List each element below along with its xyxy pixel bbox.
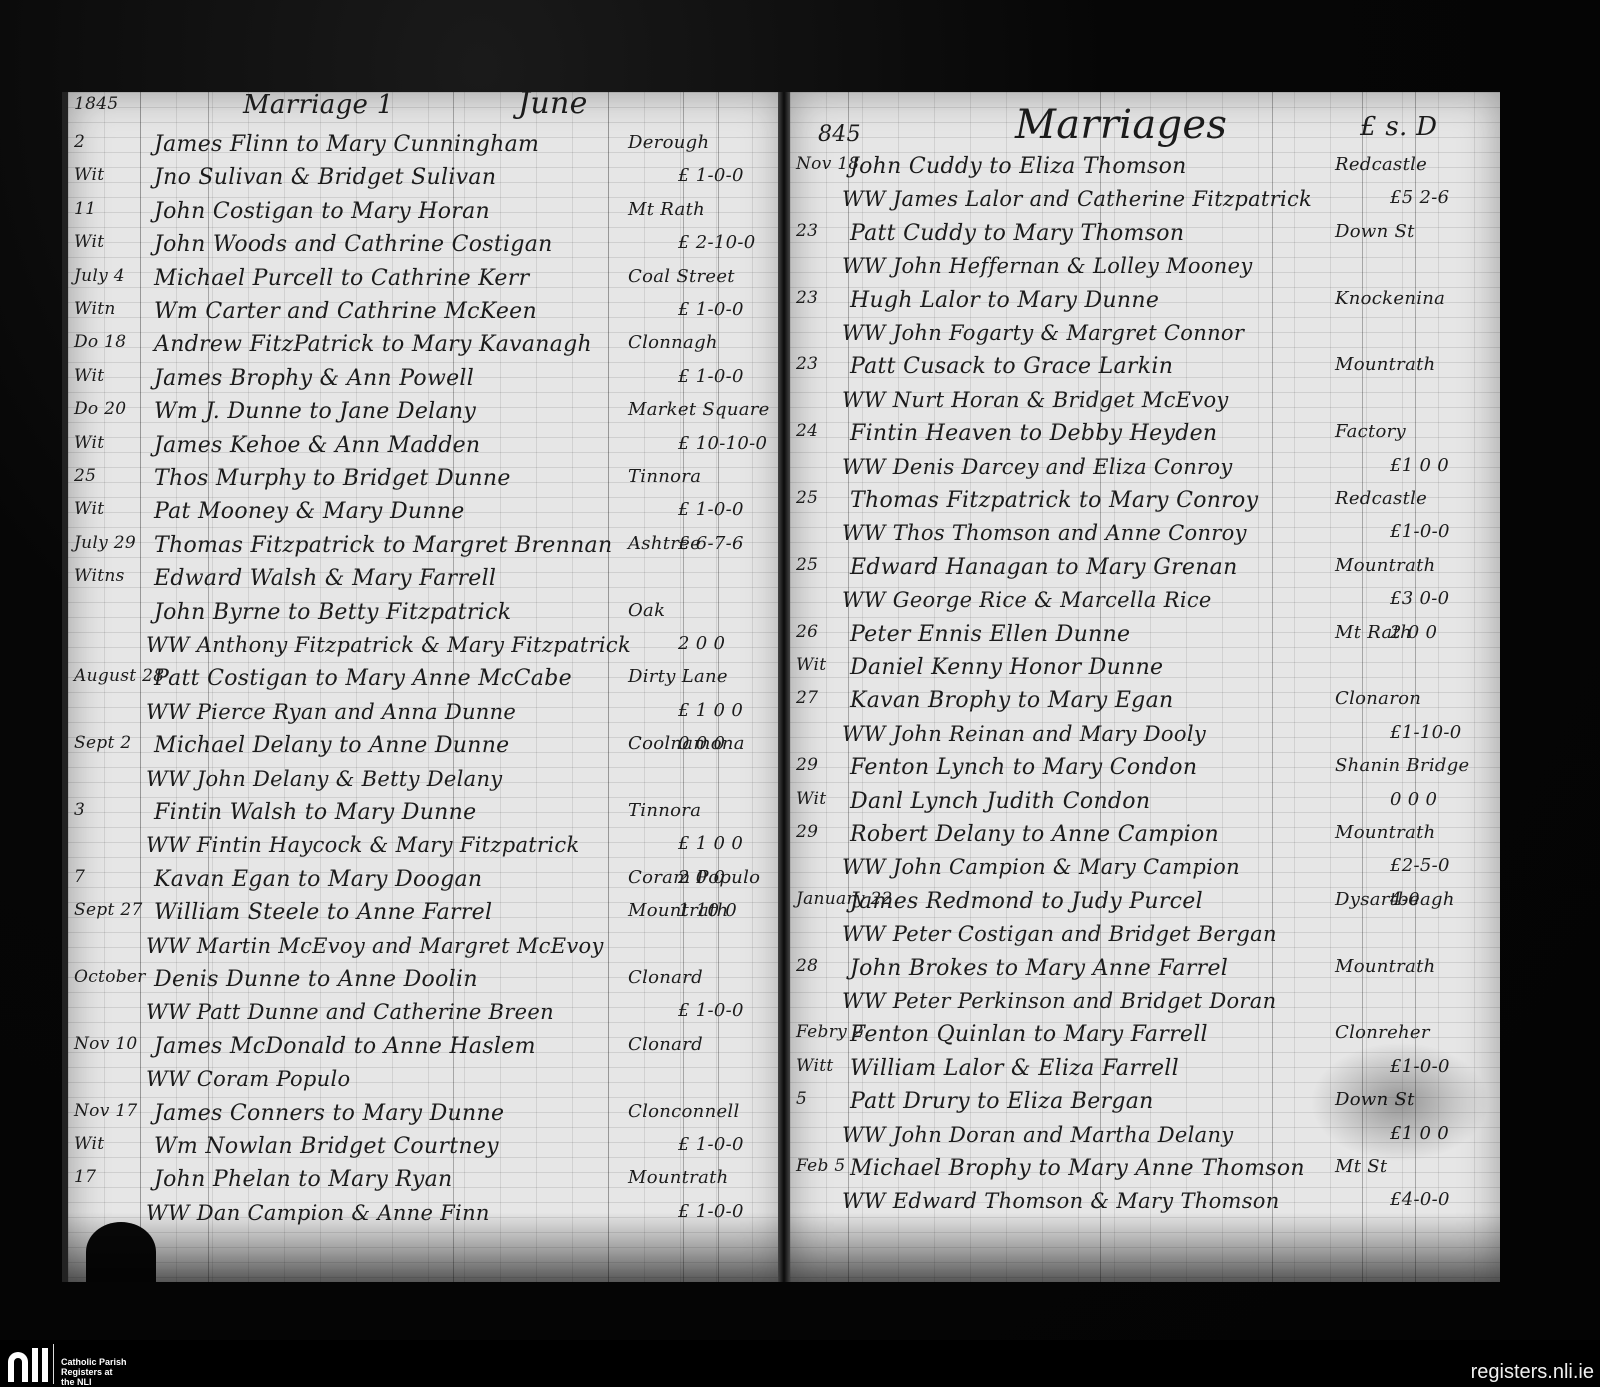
entry-names: Danl Lynch Judith Condon (850, 789, 1150, 814)
entry-names: Fenton Quinlan to Mary Farrell (850, 1022, 1208, 1047)
entry-place: Mountrath (1335, 354, 1436, 375)
entry-names: James Brophy & Ann Powell (154, 366, 474, 391)
entry-date: Wit (74, 499, 104, 519)
entry-witnesses: WW George Rice & Marcella Rice (842, 588, 1212, 612)
entry-fee: 0 0 0 (1390, 789, 1437, 810)
entry-place: Tinnora (628, 800, 701, 821)
right-header-title: Marriages (1015, 102, 1227, 148)
entry-witnesses: WW John Reinan and Mary Dooly (842, 722, 1206, 746)
entry-fee: £ 1 0 0 (678, 700, 743, 721)
entry-names: William Lalor & Eliza Farrell (850, 1056, 1179, 1081)
right-header-currency: £ s. D (1360, 112, 1437, 142)
entry-place: Coal Street (628, 266, 735, 287)
entry-witnesses: WW John Doran and Martha Delany (842, 1123, 1233, 1147)
entry-witnesses: WW Denis Darcey and Eliza Conroy (842, 455, 1233, 479)
entry-place: Oak (628, 600, 665, 621)
entry-names: Thos Murphy to Bridget Dunne (154, 466, 511, 491)
entry-witnesses: WW Pierce Ryan and Anna Dunne (146, 700, 516, 724)
entry-fee: £1-0-0 (1390, 521, 1450, 542)
entry-date: Feb 5 (796, 1156, 846, 1176)
entry-names: Kavan Egan to Mary Doogan (154, 867, 482, 892)
entry-date: 24 (796, 421, 818, 441)
entry-date: Wit (74, 1134, 104, 1154)
entry-date: Witn (74, 299, 116, 319)
entry-date: Sept 27 (74, 900, 143, 920)
site-url-link[interactable]: registers.nli.ie (1471, 1361, 1594, 1384)
entry-names: James Conners to Mary Dunne (154, 1101, 504, 1126)
entry-date: Wit (74, 165, 104, 185)
entry-place: Mountrath (1335, 822, 1436, 843)
entry-place: Clonard (628, 1034, 703, 1055)
book-gutter (778, 92, 790, 1282)
entry-place: Mt Rath (628, 199, 705, 220)
entry-place: Clonnagh (628, 332, 718, 353)
entry-witnesses: WW Peter Perkinson and Bridget Doran (842, 989, 1276, 1013)
entry-fee: 0 0 0 (678, 733, 725, 754)
entry-date: Wit (796, 655, 826, 675)
entry-date: Nov 17 (74, 1101, 138, 1121)
entry-names: Pat Mooney & Mary Dunne (154, 499, 465, 524)
entry-date: 2 (74, 132, 85, 152)
entry-fee: £ 1-0-0 (678, 165, 744, 186)
entry-names: Fintin Walsh to Mary Dunne (154, 800, 476, 825)
entry-fee: 1 10 0 (678, 900, 737, 921)
right-register-page: 845 Marriages £ s. D Nov 18John Cuddy to… (790, 92, 1500, 1282)
entry-date: 25 (796, 555, 818, 575)
entry-date: Wit (74, 366, 104, 386)
entry-place: Mountrath (1335, 555, 1436, 576)
entry-date: 27 (796, 688, 818, 708)
entry-fee: £1-10-0 (1390, 722, 1462, 743)
entry-witnesses: WW Peter Costigan and Bridget Bergan (842, 922, 1277, 946)
entry-fee: £ 1-0-0 (678, 366, 744, 387)
footer-bar (0, 1340, 1600, 1387)
entry-names: Edward Hanagan to Mary Grenan (850, 555, 1238, 580)
entry-fee: £ 1-0-0 (678, 299, 744, 320)
entry-names: John Cuddy to Eliza Thomson (850, 154, 1187, 179)
entry-names: Denis Dunne to Anne Doolin (154, 967, 478, 992)
entry-fee: £3 0-0 (1390, 588, 1449, 609)
entry-fee: £5 2-6 (1390, 187, 1449, 208)
entry-place: Factory (1335, 421, 1406, 442)
entry-names: James Flinn to Mary Cunningham (154, 132, 539, 157)
entry-fee: £4-0-0 (1390, 1189, 1450, 1210)
entry-witnesses: WW Martin McEvoy and Margret McEvoy (146, 934, 604, 958)
nli-logo-icon[interactable] (6, 1346, 50, 1382)
entry-names: Michael Brophy to Mary Anne Thomson (850, 1156, 1305, 1181)
entry-date: 3 (74, 800, 85, 820)
entry-names: James Redmond to Judy Purcel (850, 889, 1203, 914)
entry-fee: 2 0 0 (678, 867, 725, 888)
entry-names: John Byrne to Betty Fitzpatrick (154, 600, 511, 625)
entry-witnesses: WW Anthony Fitzpatrick & Mary Fitzpatric… (146, 633, 631, 657)
entry-date: July 29 (74, 533, 136, 553)
entry-date: Sept 2 (74, 733, 131, 753)
entry-fee: £1 0 0 (1390, 455, 1449, 476)
entry-date: Do 20 (74, 399, 126, 419)
entry-place: Clonaron (1335, 688, 1421, 709)
entry-names: Thomas Fitzpatrick to Mary Conroy (850, 488, 1258, 513)
entry-names: Hugh Lalor to Mary Dunne (850, 288, 1159, 313)
left-header-month: June (518, 92, 588, 121)
entry-fee: 2 0 0 (1390, 622, 1437, 643)
entry-names: James McDonald to Anne Haslem (154, 1034, 536, 1059)
entry-names: Wm Carter and Cathrine McKeen (154, 299, 537, 324)
entry-witnesses: WW John Delany & Betty Delany (146, 767, 502, 791)
entry-place: Redcastle (1335, 488, 1427, 509)
right-header-year: 845 (818, 122, 861, 147)
entry-witnesses: WW John Heffernan & Lolley Mooney (842, 254, 1253, 278)
left-header-title: Marriage 1 (243, 92, 394, 120)
entry-names: Thomas Fitzpatrick to Margret Brennan (154, 533, 612, 558)
entry-names: Patt Cusack to Grace Larkin (850, 354, 1173, 379)
entry-place: Derough (628, 132, 709, 153)
entry-names: John Costigan to Mary Horan (154, 199, 490, 224)
entry-place: Shanin Bridge (1335, 755, 1470, 776)
entry-fee: £ 10-10-0 (678, 433, 767, 454)
entry-date: 23 (796, 354, 818, 374)
entry-names: Robert Delany to Anne Campion (850, 822, 1219, 847)
entry-names: Peter Ennis Ellen Dunne (850, 622, 1130, 647)
entry-date: Witt (796, 1056, 833, 1076)
entry-date: 11 (74, 199, 96, 219)
entry-names: John Phelan to Mary Ryan (154, 1167, 452, 1192)
entry-date: 7 (74, 867, 85, 887)
entry-place: Knockenina (1335, 288, 1445, 309)
entry-names: Andrew FitzPatrick to Mary Kavanagh (154, 332, 592, 357)
entry-witnesses: WW John Campion & Mary Campion (842, 855, 1240, 879)
entry-date: Wit (796, 789, 826, 809)
left-header-year: 1845 (74, 94, 118, 114)
entry-names: Jno Sulivan & Bridget Sulivan (154, 165, 496, 190)
entry-witnesses: WW James Lalor and Catherine Fitzpatrick (842, 187, 1312, 211)
entry-date: Nov 10 (74, 1034, 138, 1054)
entry-fee: £ 2-10-0 (678, 232, 756, 253)
entry-date: October (74, 967, 146, 987)
entry-fee: £2-5-0 (1390, 855, 1450, 876)
entry-witnesses: WW Edward Thomson & Mary Thomson (842, 1189, 1280, 1213)
entry-fee: 4-0 (1390, 889, 1420, 910)
logo-divider (53, 1344, 54, 1384)
left-register-page: 1845 Marriage 1 June 2James Flinn to Mar… (62, 92, 784, 1282)
entry-date: Do 18 (74, 332, 126, 352)
entry-witnesses: WW Nurt Horan & Bridget McEvoy (842, 388, 1229, 412)
entry-fee: £ 6-7-6 (678, 533, 744, 554)
entry-fee: 2 0 0 (678, 633, 725, 654)
entry-date: Wit (74, 433, 104, 453)
entry-date: 29 (796, 822, 818, 842)
entry-names: William Steele to Anne Farrel (154, 900, 492, 925)
entry-fee: £ 1-0-0 (678, 1134, 744, 1155)
entry-names: James Kehoe & Ann Madden (154, 433, 480, 458)
entry-names: Wm J. Dunne to Jane Delany (154, 399, 476, 424)
entry-place: Clonard (628, 967, 703, 988)
entry-names: Edward Walsh & Mary Farrell (154, 566, 496, 591)
entry-date: 28 (796, 956, 818, 976)
entry-fee: £ 1-0-0 (678, 499, 744, 520)
entry-date: 25 (796, 488, 818, 508)
entry-names: Michael Delany to Anne Dunne (154, 733, 510, 758)
entry-names: Wm Nowlan Bridget Courtney (154, 1134, 499, 1159)
entry-names: John Brokes to Mary Anne Farrel (850, 956, 1228, 981)
entry-witnesses: WW Patt Dunne and Catherine Breen (146, 1000, 554, 1024)
entry-witnesses: WW Coram Populo (146, 1067, 350, 1091)
entry-date: 23 (796, 288, 818, 308)
entry-date: 23 (796, 221, 818, 241)
entry-fee: £ 1 0 0 (678, 833, 743, 854)
entry-date: 17 (74, 1167, 96, 1187)
entry-names: Fenton Lynch to Mary Condon (850, 755, 1197, 780)
entry-place: Redcastle (1335, 154, 1427, 175)
entry-date: July 4 (74, 266, 125, 286)
entry-place: Market Square (628, 399, 770, 420)
entry-place: Clonconnell (628, 1101, 740, 1122)
entry-names: Fintin Heaven to Debby Heyden (850, 421, 1217, 446)
entry-names: Patt Costigan to Mary Anne McCabe (154, 666, 572, 691)
entry-names: Patt Drury to Eliza Bergan (850, 1089, 1154, 1114)
entry-date: 5 (796, 1089, 807, 1109)
entry-names: John Woods and Cathrine Costigan (154, 232, 553, 257)
entry-witnesses: WW Thos Thomson and Anne Conroy (842, 521, 1247, 545)
entry-date: 25 (74, 466, 96, 486)
entry-names: Michael Purcell to Cathrine Kerr (154, 266, 529, 291)
entry-place: Clonreher (1335, 1022, 1430, 1043)
nli-logo-text: Catholic Parish Registers at the NLI (61, 1357, 127, 1387)
entry-fee: £ 1-0-0 (678, 1000, 744, 1021)
entry-names: Patt Cuddy to Mary Thomson (850, 221, 1184, 246)
entry-date: Wit (74, 232, 104, 252)
entry-date: 26 (796, 622, 818, 642)
entry-names: Kavan Brophy to Mary Egan (850, 688, 1173, 713)
entry-place: Dirty Lane (628, 666, 728, 687)
entry-date: Witns (74, 566, 125, 586)
entry-witnesses: WW Fintin Haycock & Mary Fitzpatrick (146, 833, 579, 857)
entry-place: Mountrath (628, 1167, 729, 1188)
entry-date: 29 (796, 755, 818, 775)
entry-place: Tinnora (628, 466, 701, 487)
entry-place: Down St (1335, 221, 1415, 242)
entry-names: Daniel Kenny Honor Dunne (850, 655, 1163, 680)
entry-witnesses: WW John Fogarty & Margret Connor (842, 321, 1244, 345)
entry-place: Mountrath (1335, 956, 1436, 977)
entry-date: August 28 (74, 666, 164, 686)
